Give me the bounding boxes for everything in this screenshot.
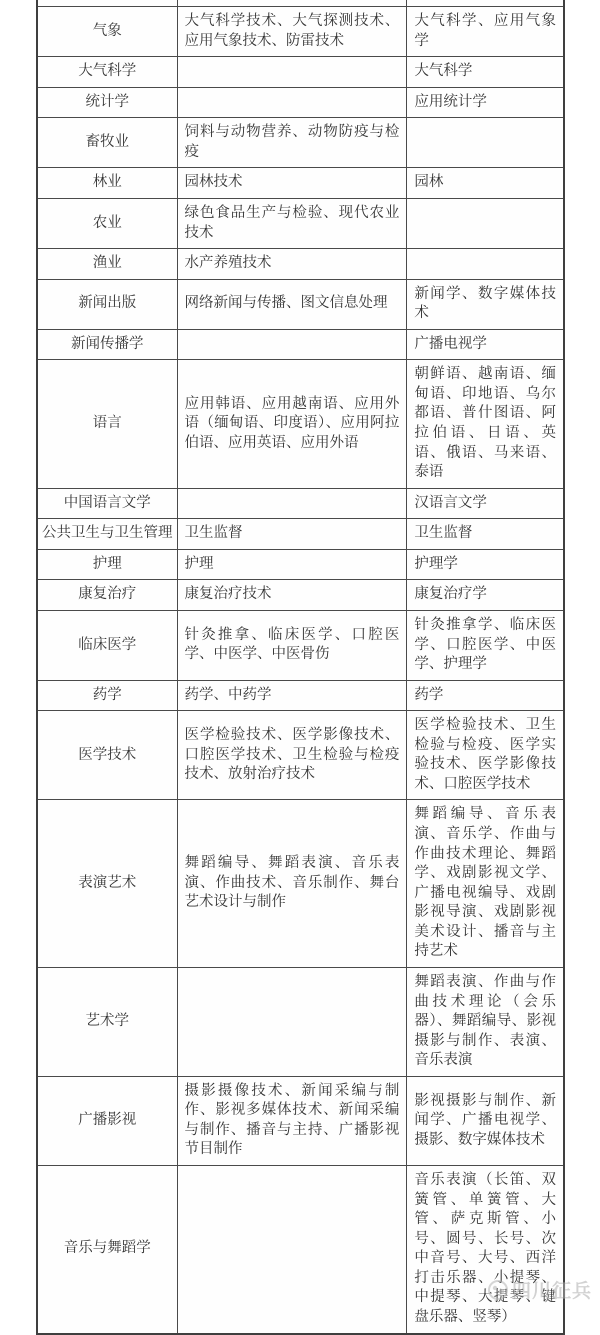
category-cell: 音乐与舞蹈学 xyxy=(37,1166,177,1334)
majors-b-cell: 舞蹈表演、作曲与作曲技术理论（会乐器）、舞蹈编导、影视摄影与制作、表演、音乐表演 xyxy=(407,967,564,1076)
table-row: 气象 大气科学技术、大气探测技术、应用气象技术、防雷技术 大气科学、应用气象学 xyxy=(37,7,564,57)
majors-a-cell: 水产养殖技术 xyxy=(177,249,407,280)
table-row: 统计学 应用统计学 xyxy=(37,87,564,118)
category-cell: 新闻出版 xyxy=(37,279,177,329)
table-row: 护理 护理 护理学 xyxy=(37,549,564,580)
category-cell: 畜牧业 xyxy=(37,118,177,168)
category-cell: 护理 xyxy=(37,549,177,580)
category-cell: 药学 xyxy=(37,680,177,711)
table-row: 医学技术 医学检验技术、医学影像技术、口腔医学技术、卫生检验与检疫技术、放射治疗… xyxy=(37,711,564,800)
majors-b-cell: 药学 xyxy=(407,680,564,711)
table-row: 农业 绿色食品生产与检验、现代农业技术 xyxy=(37,198,564,248)
table-row: 广播影视 摄影摄像技术、新闻采编与制作、影视多媒体技术、新闻采编与制作、播音与主… xyxy=(37,1076,564,1165)
category-cell: 新闻传播学 xyxy=(37,329,177,360)
majors-b-cell: 音乐表演（长笛、双簧管、单簧管、大管、萨克斯管、小号、圆号、长号、次中音号、大号… xyxy=(407,1166,564,1334)
majors-a-cell xyxy=(177,57,407,88)
table-row: 康复治疗 康复治疗技术 康复治疗学 xyxy=(37,580,564,611)
table-row: 药学 药学、中药学 药学 xyxy=(37,680,564,711)
table-row: 艺术学 舞蹈表演、作曲与作曲技术理论（会乐器）、舞蹈编导、影视摄影与制作、表演、… xyxy=(37,967,564,1076)
majors-b-cell: 护理学 xyxy=(407,549,564,580)
majors-b-cell xyxy=(407,118,564,168)
category-cell: 渔业 xyxy=(37,249,177,280)
majors-b-cell: 园林 xyxy=(407,168,564,199)
majors-a-cell: 饲料与动物营养、动物防疫与检疫 xyxy=(177,118,407,168)
majors-b-cell: 影视摄影与制作、新闻学、广播电视学、摄影、数字媒体技术 xyxy=(407,1076,564,1165)
majors-a-cell xyxy=(177,488,407,519)
majors-b-cell: 医学检验技术、卫生检验与检疫、医学实验技术、医学影像技术、口腔医学技术 xyxy=(407,711,564,800)
table-row: 中国语言文学 汉语言文学 xyxy=(37,488,564,519)
majors-b-cell xyxy=(407,198,564,248)
majors-a-cell: 绿色食品生产与检验、现代农业技术 xyxy=(177,198,407,248)
majors-a-cell: 针灸推拿、临床医学、口腔医学、中医学、中医骨伤 xyxy=(177,610,407,680)
majors-table: 气象 大气科学技术、大气探测技术、应用气象技术、防雷技术 大气科学、应用气象学 … xyxy=(36,0,565,1335)
majors-b-cell: 舞蹈编导、音乐表演、音乐学、作曲与作曲技术理论、舞蹈学、戏剧影视文学、广播电视编… xyxy=(407,800,564,968)
category-cell: 大气科学 xyxy=(37,57,177,88)
majors-a-cell xyxy=(177,87,407,118)
majors-a-cell: 网络新闻与传播、图文信息处理 xyxy=(177,279,407,329)
majors-a-cell xyxy=(177,1166,407,1334)
majors-b-cell: 大气科学 xyxy=(407,57,564,88)
table-row: 临床医学 针灸推拿、临床医学、口腔医学、中医学、中医骨伤 针灸推拿学、临床医学、… xyxy=(37,610,564,680)
majors-a-cell: 药学、中药学 xyxy=(177,680,407,711)
table-row: 大气科学 大气科学 xyxy=(37,57,564,88)
majors-b-cell: 应用统计学 xyxy=(407,87,564,118)
majors-b-cell: 汉语言文学 xyxy=(407,488,564,519)
category-cell: 林业 xyxy=(37,168,177,199)
majors-a-cell: 园林技术 xyxy=(177,168,407,199)
table-row: 新闻传播学 广播电视学 xyxy=(37,329,564,360)
majors-b-cell: 广播电视学 xyxy=(407,329,564,360)
majors-a-cell: 康复治疗技术 xyxy=(177,580,407,611)
majors-table-body: 气象 大气科学技术、大气探测技术、应用气象技术、防雷技术 大气科学、应用气象学 … xyxy=(37,0,564,1334)
table-row: 新闻出版 网络新闻与传播、图文信息处理 新闻学、数字媒体技术 xyxy=(37,279,564,329)
category-cell: 农业 xyxy=(37,198,177,248)
category-cell: 康复治疗 xyxy=(37,580,177,611)
majors-b-cell: 卫生监督 xyxy=(407,519,564,550)
majors-a-cell: 卫生监督 xyxy=(177,519,407,550)
majors-b-cell: 康复治疗学 xyxy=(407,580,564,611)
category-cell: 医学技术 xyxy=(37,711,177,800)
category-cell: 公共卫生与卫生管理 xyxy=(37,519,177,550)
majors-a-cell xyxy=(177,329,407,360)
majors-b-cell: 大气科学、应用气象学 xyxy=(407,7,564,57)
majors-a-cell: 舞蹈编导、舞蹈表演、音乐表演、作曲技术、音乐制作、舞台艺术设计与制作 xyxy=(177,800,407,968)
category-cell: 表演艺术 xyxy=(37,800,177,968)
majors-b-cell xyxy=(407,249,564,280)
page: 气象 大气科学技术、大气探测技术、应用气象技术、防雷技术 大气科学、应用气象学 … xyxy=(0,0,600,1335)
table-row: 渔业 水产养殖技术 xyxy=(37,249,564,280)
table-row: 畜牧业 饲料与动物营养、动物防疫与检疫 xyxy=(37,118,564,168)
table-row: 语言 应用韩语、应用越南语、应用外语（缅甸语、印度语）、应用阿拉伯语、应用英语、… xyxy=(37,360,564,488)
majors-a-cell xyxy=(177,967,407,1076)
majors-a-cell: 医学检验技术、医学影像技术、口腔医学技术、卫生检验与检疫技术、放射治疗技术 xyxy=(177,711,407,800)
category-cell: 中国语言文学 xyxy=(37,488,177,519)
table-row: 林业 园林技术 园林 xyxy=(37,168,564,199)
majors-a-cell: 摄影摄像技术、新闻采编与制作、影视多媒体技术、新闻采编与制作、播音与主持、广播影… xyxy=(177,1076,407,1165)
category-cell: 气象 xyxy=(37,7,177,57)
category-cell: 语言 xyxy=(37,360,177,488)
majors-b-cell: 新闻学、数字媒体技术 xyxy=(407,279,564,329)
table-row: 音乐与舞蹈学 音乐表演（长笛、双簧管、单簧管、大管、萨克斯管、小号、圆号、长号、… xyxy=(37,1166,564,1334)
majors-a-cell: 大气科学技术、大气探测技术、应用气象技术、防雷技术 xyxy=(177,7,407,57)
table-row: 表演艺术 舞蹈编导、舞蹈表演、音乐表演、作曲技术、音乐制作、舞台艺术设计与制作 … xyxy=(37,800,564,968)
category-cell: 临床医学 xyxy=(37,610,177,680)
table-row: 公共卫生与卫生管理 卫生监督 卫生监督 xyxy=(37,519,564,550)
majors-b-cell: 朝鲜语、越南语、缅甸语、印地语、乌尔都语、普什图语、阿拉伯语、日语、英语、俄语、… xyxy=(407,360,564,488)
category-cell: 广播影视 xyxy=(37,1076,177,1165)
category-cell: 艺术学 xyxy=(37,967,177,1076)
majors-a-cell: 护理 xyxy=(177,549,407,580)
majors-b-cell: 针灸推拿学、临床医学、口腔医学、中医学、护理学 xyxy=(407,610,564,680)
majors-a-cell: 应用韩语、应用越南语、应用外语（缅甸语、印度语）、应用阿拉伯语、应用英语、应用外… xyxy=(177,360,407,488)
category-cell: 统计学 xyxy=(37,87,177,118)
